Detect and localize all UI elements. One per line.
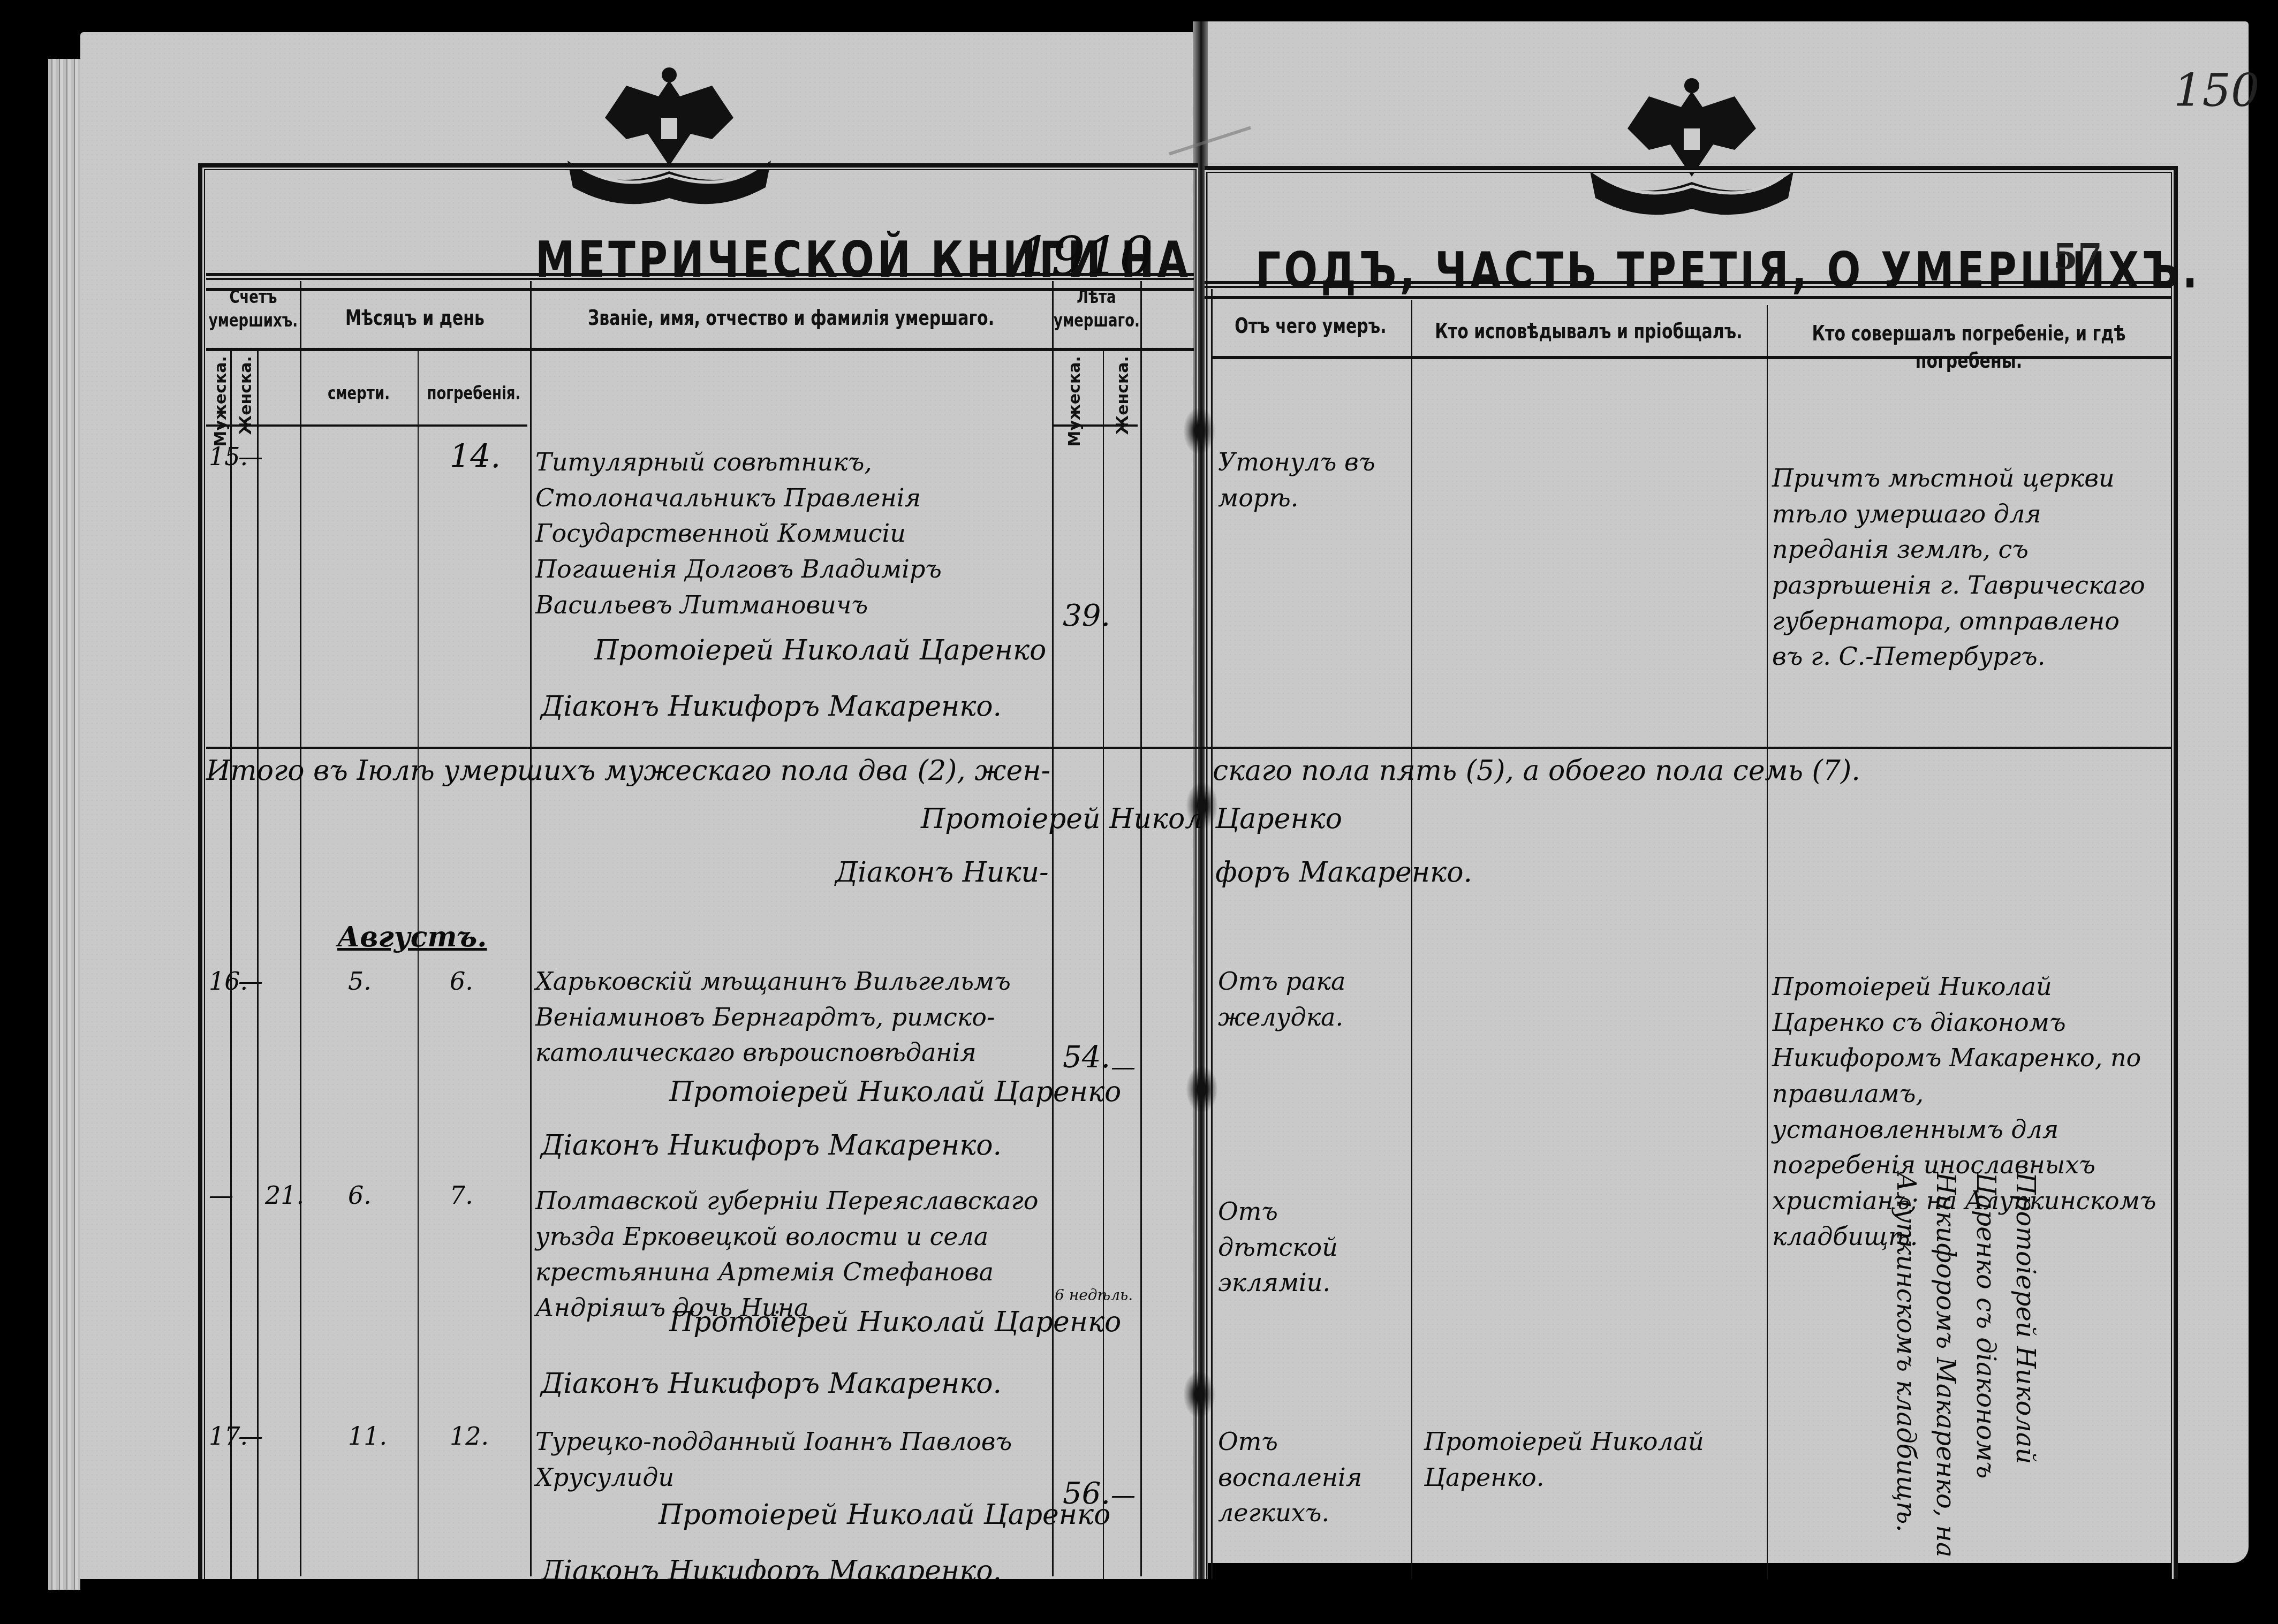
entry-21-count-female: 21. [265, 1178, 304, 1213]
entry-17-sig-priest: Протоіерей Николай Царенко [659, 1499, 1110, 1531]
entry-17-name: Турецко-подданный Іоаннъ Павловъ Хрусули… [535, 1424, 1044, 1495]
col-line [530, 281, 532, 1576]
summary-sig-deacon-left: Діаконъ Ники- [835, 856, 1049, 889]
entry-16-sig-priest: Протоіерей Николай Царенко [669, 1076, 1121, 1108]
col-header-age-male: Мужеска. [1065, 356, 1084, 446]
entry-21-burial-day: 7. [450, 1178, 473, 1213]
col-header-count-female: Женска. [237, 356, 255, 435]
col-header-date: Мѣсяцъ и день [302, 305, 527, 332]
summary-sig-priest-left: Протоіерей Никол [921, 803, 1202, 835]
entry-15-sig-priest: Протоіерей Николай Царенко [594, 634, 1046, 666]
entry-21-sig-priest: Протоіерей Николай Царенко [669, 1306, 1121, 1338]
entry-16-sig-deacon: Діаконъ Никифоръ Макаренко. [541, 1129, 1002, 1162]
col-header-cause: Отъ чего умеръ. [1214, 313, 1407, 340]
entry-17-burial-day: 12. [450, 1418, 489, 1454]
entry-16-name: Харьковскій мѣщанинъ Вильгельмъ Веніамин… [535, 963, 1044, 1071]
entry-17-count-female: — [238, 1418, 263, 1454]
col-line [1052, 281, 1054, 1576]
summary-text-right: скаго пола пять (5), а обоего пола семь … [1213, 755, 1860, 787]
folio-number: 150 [2174, 64, 2259, 117]
col-line [1411, 300, 1412, 1579]
subheader-rule-left [206, 348, 1194, 351]
entry-21-sig-deacon: Діаконъ Никифоръ Макаренко. [541, 1368, 1002, 1400]
entry-17-death-day: 11. [348, 1418, 387, 1454]
col-line [1103, 348, 1104, 1579]
entry-15-name: Титулярный совѣтникъ, Столоначальникъ Пр… [535, 444, 1044, 623]
entry-16-month-label: Августъ. [337, 921, 487, 953]
book-bottom-shadow [80, 1579, 2275, 1624]
entry-15-burial: Причтъ мѣстной церкви тѣло умершаго для … [1772, 460, 2158, 674]
entry-21-burial-vertical: Протоіерей Николай Царенко съ діакономъ … [1906, 1172, 2045, 1558]
entry-17-cause: Отъ воспаленія легкихъ. [1218, 1424, 1400, 1531]
entry-16-burial-day: 6. [450, 963, 473, 999]
binding-thread-hole [1183, 407, 1215, 455]
entry-17-confessor: Протоіерей Николай Царенко. [1424, 1424, 1745, 1495]
entry-divider [206, 747, 2171, 749]
col-header-count-male: Мужеска. [211, 356, 230, 446]
page-number: 57 [2053, 236, 2102, 277]
col-header-name: Званіе, имя, отчество и фамилія умершаго… [533, 305, 1049, 332]
col-header-age-female: Женска. [1114, 356, 1132, 435]
col-line [1767, 305, 1768, 1579]
entry-21-age-female: 6 недѣль. [1055, 1285, 1133, 1307]
col-line [1140, 281, 1142, 1576]
entry-15-cause: Утонулъ въ морѣ. [1218, 444, 1400, 515]
entry-15-burial-day: 14. [450, 434, 501, 480]
entry-21-name: Полтавской губерніи Переяславскаго уѣзда… [535, 1183, 1044, 1326]
col-header-confessor: Кто исповѣдывалъ и пріобщалъ. [1413, 318, 1764, 345]
binding-thread-hole [1186, 1065, 1218, 1113]
entry-21-cause: Отъ дѣтской экляміи. [1218, 1194, 1400, 1301]
col-header-age: Лѣта умершаго. [1054, 286, 1139, 333]
summary-sig-priest-right: Царенко [1215, 803, 1342, 835]
entry-16-age-male: 54. [1063, 1036, 1110, 1079]
binding-thread-hole [1183, 1370, 1215, 1418]
col-header-burial: Кто совершалъ погребеніе, и гдѣ погребен… [1769, 320, 2168, 374]
summary-text-left: Итого въ Іюлѣ умершихъ мужескаго пола дв… [206, 755, 1050, 787]
col-header-date-burial: погребенія. [420, 383, 527, 406]
entry-16-cause: Отъ рака желудка. [1218, 963, 1400, 1035]
entry-15-age-male: 39. [1063, 594, 1110, 638]
col-header-date-death: смерти. [302, 383, 415, 406]
header-rule-left [206, 273, 1194, 291]
entry-15-count-female: — [238, 439, 263, 475]
summary-sig-deacon-right: форъ Макаренко. [1215, 856, 1472, 889]
entry-15-sig-deacon: Діаконъ Никифоръ Макаренко. [541, 690, 1002, 723]
entry-17-age-female: — [1111, 1477, 1136, 1513]
col-line [300, 281, 301, 1576]
entry-21-death-day: 6. [348, 1178, 372, 1213]
entry-16-count-female: — [238, 963, 263, 999]
entry-16-death-day: 5. [348, 963, 372, 999]
header-rule-right [1205, 281, 2171, 299]
col-line [418, 348, 419, 1579]
col-header-count: Счётъ умершихъ. [208, 286, 299, 333]
entry-21-count-male: — [209, 1178, 233, 1213]
binding-thread-hole [1186, 781, 1218, 830]
